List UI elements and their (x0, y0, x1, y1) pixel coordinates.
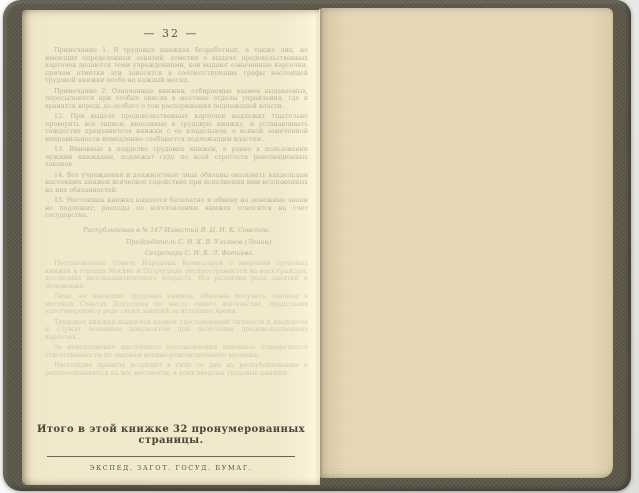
ghost-paragraph: 12. При выдаче продовольственных карточе… (45, 113, 308, 143)
ghost-paragraph: Настоящие правила вступают в силу со дня… (45, 362, 308, 377)
ghost-paragraph: Председатель С. Н. К. В. Ульянов (Ленин)… (91, 239, 308, 247)
ghost-paragraph: 14. Все учреждения и должностные лица об… (45, 172, 308, 195)
divider-rule (47, 456, 295, 457)
ghost-paragraph: 15. Настоящая книжка выдается бесплатно … (45, 197, 308, 220)
ghost-paragraph: Распубликован в № 147 Известий В. Ц. И. … (71, 227, 282, 235)
ghost-paragraph: Лица, не имеющие трудовых книжек, обязан… (45, 293, 308, 316)
page-footer: Итого в этой книжке 32 пронумерованных с… (22, 424, 320, 472)
summary-line: Итого в этой книжке 32 пронумерованных с… (22, 424, 320, 446)
page-number: — 32 — (22, 27, 320, 40)
ghost-paragraph: Примечание 2. Означенные книжки, отбирае… (45, 88, 308, 111)
gutter-fold (319, 9, 322, 477)
right-page (321, 8, 613, 478)
ghost-paragraph: Примечание 1. В трудовых книжках безрабо… (45, 47, 308, 85)
left-page: — 32 — Примечание 1. В трудовых книжках … (22, 10, 320, 485)
ghost-paragraph: 13. Виновные в подделке трудовых книжек,… (45, 146, 308, 169)
ghost-text-block: Примечание 1. В трудовых книжках безрабо… (45, 45, 308, 423)
ghost-paragraph: Постановление Совета Народных Комиссаров… (45, 260, 308, 290)
ghost-paragraph: Секретарь С. Н. К. Л. Фотиева. (91, 250, 308, 258)
ghost-paragraph: За неисполнение настоящего постановления… (45, 344, 308, 359)
imprint-line: ЭКСПЕД. ЗАГОТ. ГОСУД. БУМАГ. (22, 464, 320, 472)
ghost-paragraph: Трудовые книжки выдаются взамен удостове… (45, 319, 308, 342)
scan-background: { "document_type": "scanned open booklet… (0, 0, 639, 493)
